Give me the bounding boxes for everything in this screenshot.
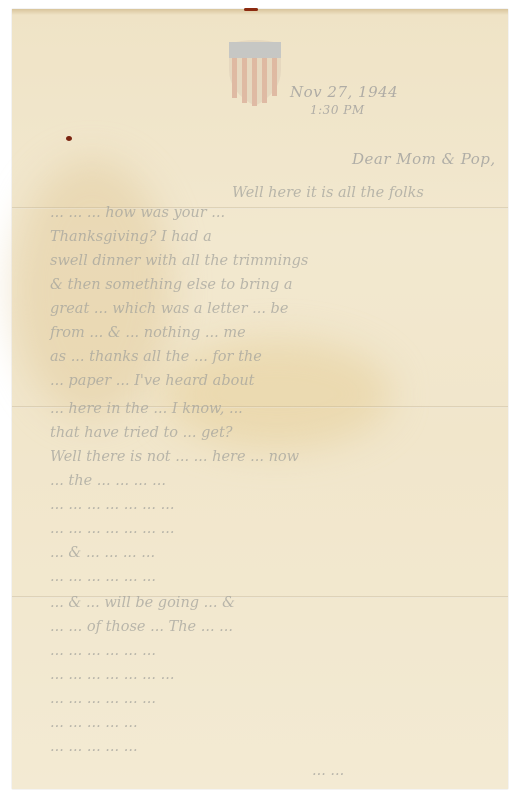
us-shield-icon xyxy=(227,40,283,106)
letter-line: ... ... ... ... ... ... ... xyxy=(50,521,174,537)
letter-line: ... ... ... ... ... xyxy=(50,739,138,755)
letter-line: Thanksgiving? I had a xyxy=(50,229,212,245)
letter-line: & then something else to bring a xyxy=(50,277,293,293)
letter-line: ... & ... ... ... ... xyxy=(50,545,155,561)
letter-line: ... ... ... ... ... ... ... xyxy=(50,667,174,683)
letter-line: that have tried to ... get? xyxy=(50,425,233,441)
letter-line: ... here in the ... I know, ... xyxy=(50,401,243,417)
letter-line: ... ... xyxy=(312,763,344,779)
letter-line: ... ... ... ... ... ... xyxy=(50,691,156,707)
letter-line: from ... & ... nothing ... me xyxy=(50,325,246,341)
letter-line: ... & ... will be going ... & xyxy=(50,595,235,611)
letter-line: ... ... ... ... ... ... xyxy=(50,569,156,585)
letter-date: Nov 27, 1944 xyxy=(290,83,398,101)
letter-line: ... ... ... how was your ... xyxy=(50,205,225,221)
letter-line: ... ... ... ... ... ... xyxy=(50,643,156,659)
paper-top-edge xyxy=(12,9,508,15)
letter-line: ... paper ... I've heard about xyxy=(50,373,255,389)
salutation: Dear Mom & Pop, xyxy=(352,150,496,168)
letter-line: swell dinner with all the trimmings xyxy=(50,253,308,269)
letter-line: great ... which was a letter ... be xyxy=(50,301,288,317)
letter-time: 1:30 PM xyxy=(310,103,365,117)
red-wax-mark xyxy=(244,8,258,11)
letter-line: ... ... ... ... ... ... ... xyxy=(50,497,174,513)
letter-line: ... the ... ... ... ... xyxy=(50,473,166,489)
letter-line: ... ... ... ... ... xyxy=(50,715,138,731)
letter-page: Nov 27, 1944 1:30 PM Dear Mom & Pop, Wel… xyxy=(12,9,508,789)
ink-spot xyxy=(66,136,72,141)
letter-line: as ... thanks all the ... for the xyxy=(50,349,262,365)
letter-line: Well here it is all the folks xyxy=(232,185,424,201)
letter-line: Well there is not ... ... here ... now xyxy=(50,449,299,465)
letter-line: ... ... of those ... The ... ... xyxy=(50,619,233,635)
